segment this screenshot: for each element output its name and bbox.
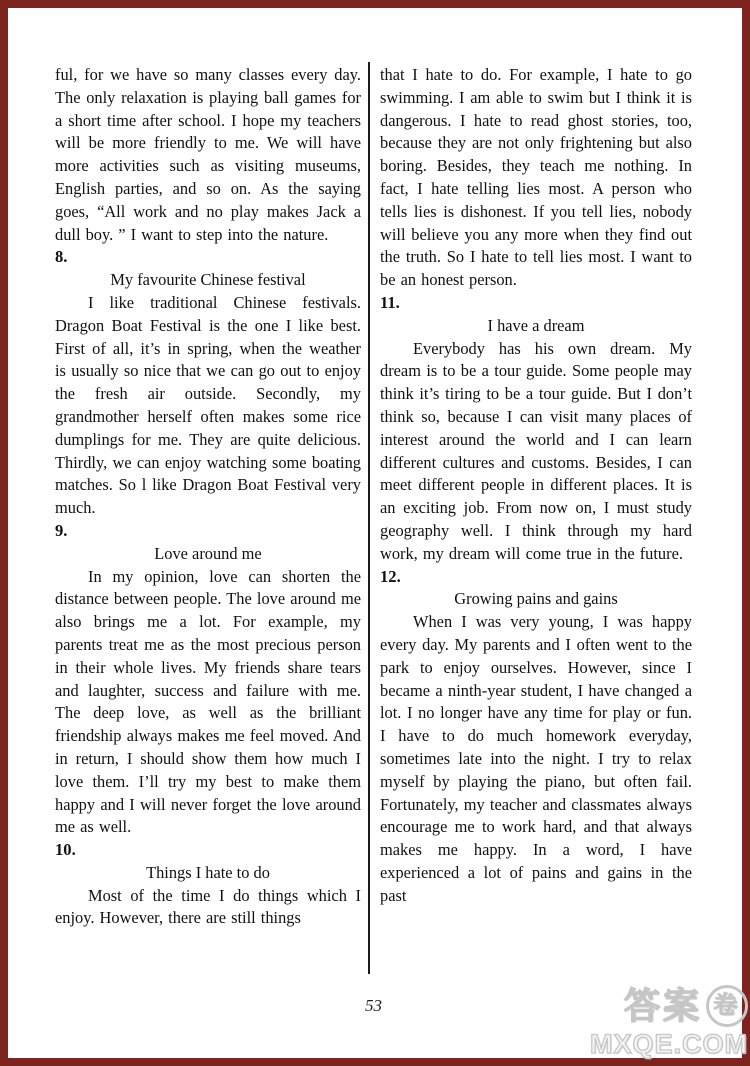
essay-title-favourite-festival: My favourite Chinese festival xyxy=(55,269,361,292)
essay-number-10: 10. xyxy=(55,839,361,862)
watermark: 答案 卷 MXQE.COM xyxy=(590,985,748,1058)
essay-continuation-paragraph: ful, for we have so many classes every d… xyxy=(55,64,361,246)
essay-number-12: 12. xyxy=(380,566,692,589)
essay-number-8: 8. xyxy=(55,246,361,269)
essay-title-growing-pains: Growing pains and gains xyxy=(380,588,692,611)
essay-title-i-have-a-dream: I have a dream xyxy=(380,315,692,338)
essay-continuation-paragraph: that I hate to do. For example, I hate t… xyxy=(380,64,692,292)
left-text-column: ful, for we have so many classes every d… xyxy=(55,64,361,930)
watermark-cjk-text: 答案 卷 xyxy=(590,985,748,1027)
essay-title-love-around-me: Love around me xyxy=(55,543,361,566)
essay-number-9: 9. xyxy=(55,520,361,543)
circled-juan-icon: 卷 xyxy=(706,985,748,1027)
watermark-cjk-prefix: 答案 xyxy=(624,987,702,1025)
essay-paragraph: I like traditional Chinese festivals. Dr… xyxy=(55,292,361,520)
right-text-column: that I hate to do. For example, I hate t… xyxy=(380,64,692,907)
essay-paragraph: Most of the time I do things which I enj… xyxy=(55,885,361,931)
essay-paragraph: Everybody has his own dream. My dream is… xyxy=(380,338,692,566)
column-divider-rule xyxy=(368,62,370,974)
watermark-site-text: MXQE.COM xyxy=(590,1030,748,1058)
essay-paragraph: When I was very young, I was happy every… xyxy=(380,611,692,907)
essay-number-11: 11. xyxy=(380,292,692,315)
essay-paragraph: In my opinion, love can shorten the dist… xyxy=(55,566,361,840)
essay-title-things-i-hate: Things I hate to do xyxy=(55,862,361,885)
